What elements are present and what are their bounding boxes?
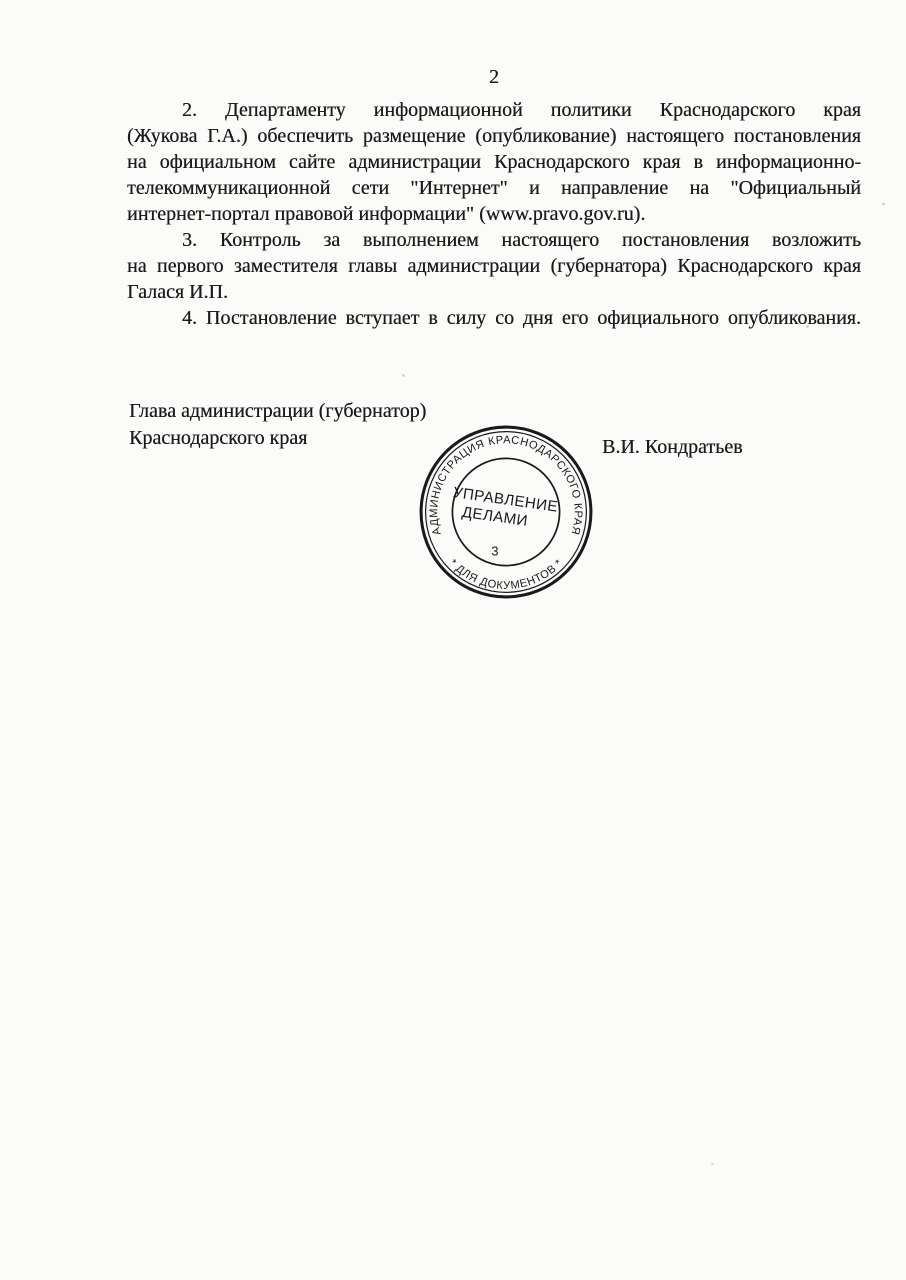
text-line: на официальном сайте администрации Красн… — [127, 149, 861, 175]
page-number: 2 — [127, 64, 861, 90]
official-stamp: АДМИНИСТРАЦИЯ КРАСНОДАРСКОГО КРАЯ * ДЛЯ … — [415, 421, 597, 603]
signature-title-line1: Глава администрации (губернатор) — [129, 398, 426, 425]
scan-speck — [402, 374, 405, 377]
signature-title: Глава администрации (губернатор) Краснод… — [129, 398, 426, 452]
document-body: 2. Департаменту информационной политики … — [127, 97, 861, 331]
text-line: телекоммуникационной сети "Интернет" и н… — [127, 175, 861, 201]
text-line: Галася И.П. — [127, 279, 861, 305]
text-line: интернет-портал правовой информации" (ww… — [127, 201, 861, 227]
text-line: 2. Департаменту информационной политики … — [127, 97, 861, 123]
scanned-page: 2 2. Департаменту информационной политик… — [0, 0, 906, 1280]
stamp-number: 3 — [491, 543, 498, 558]
text-line: (Жукова Г.А.) обеспечить размещение (опу… — [127, 123, 861, 149]
signature-name: В.И. Кондратьев — [602, 434, 743, 460]
text-line: на первого заместителя главы администрац… — [127, 253, 861, 279]
paragraph-4: 4. Постановление вступает в силу со дня … — [127, 305, 861, 331]
scan-speck — [882, 203, 885, 205]
text-line: 4. Постановление вступает в силу со дня … — [127, 305, 861, 331]
scan-speck — [806, 325, 809, 328]
paragraph-3: 3. Контроль за выполнением настоящего по… — [127, 227, 861, 305]
paragraph-2: 2. Департаменту информационной политики … — [127, 97, 861, 227]
scan-speck — [711, 1163, 714, 1165]
signature-title-line2: Краснодарского края — [129, 425, 426, 452]
text-line: 3. Контроль за выполнением настоящего по… — [127, 227, 861, 253]
